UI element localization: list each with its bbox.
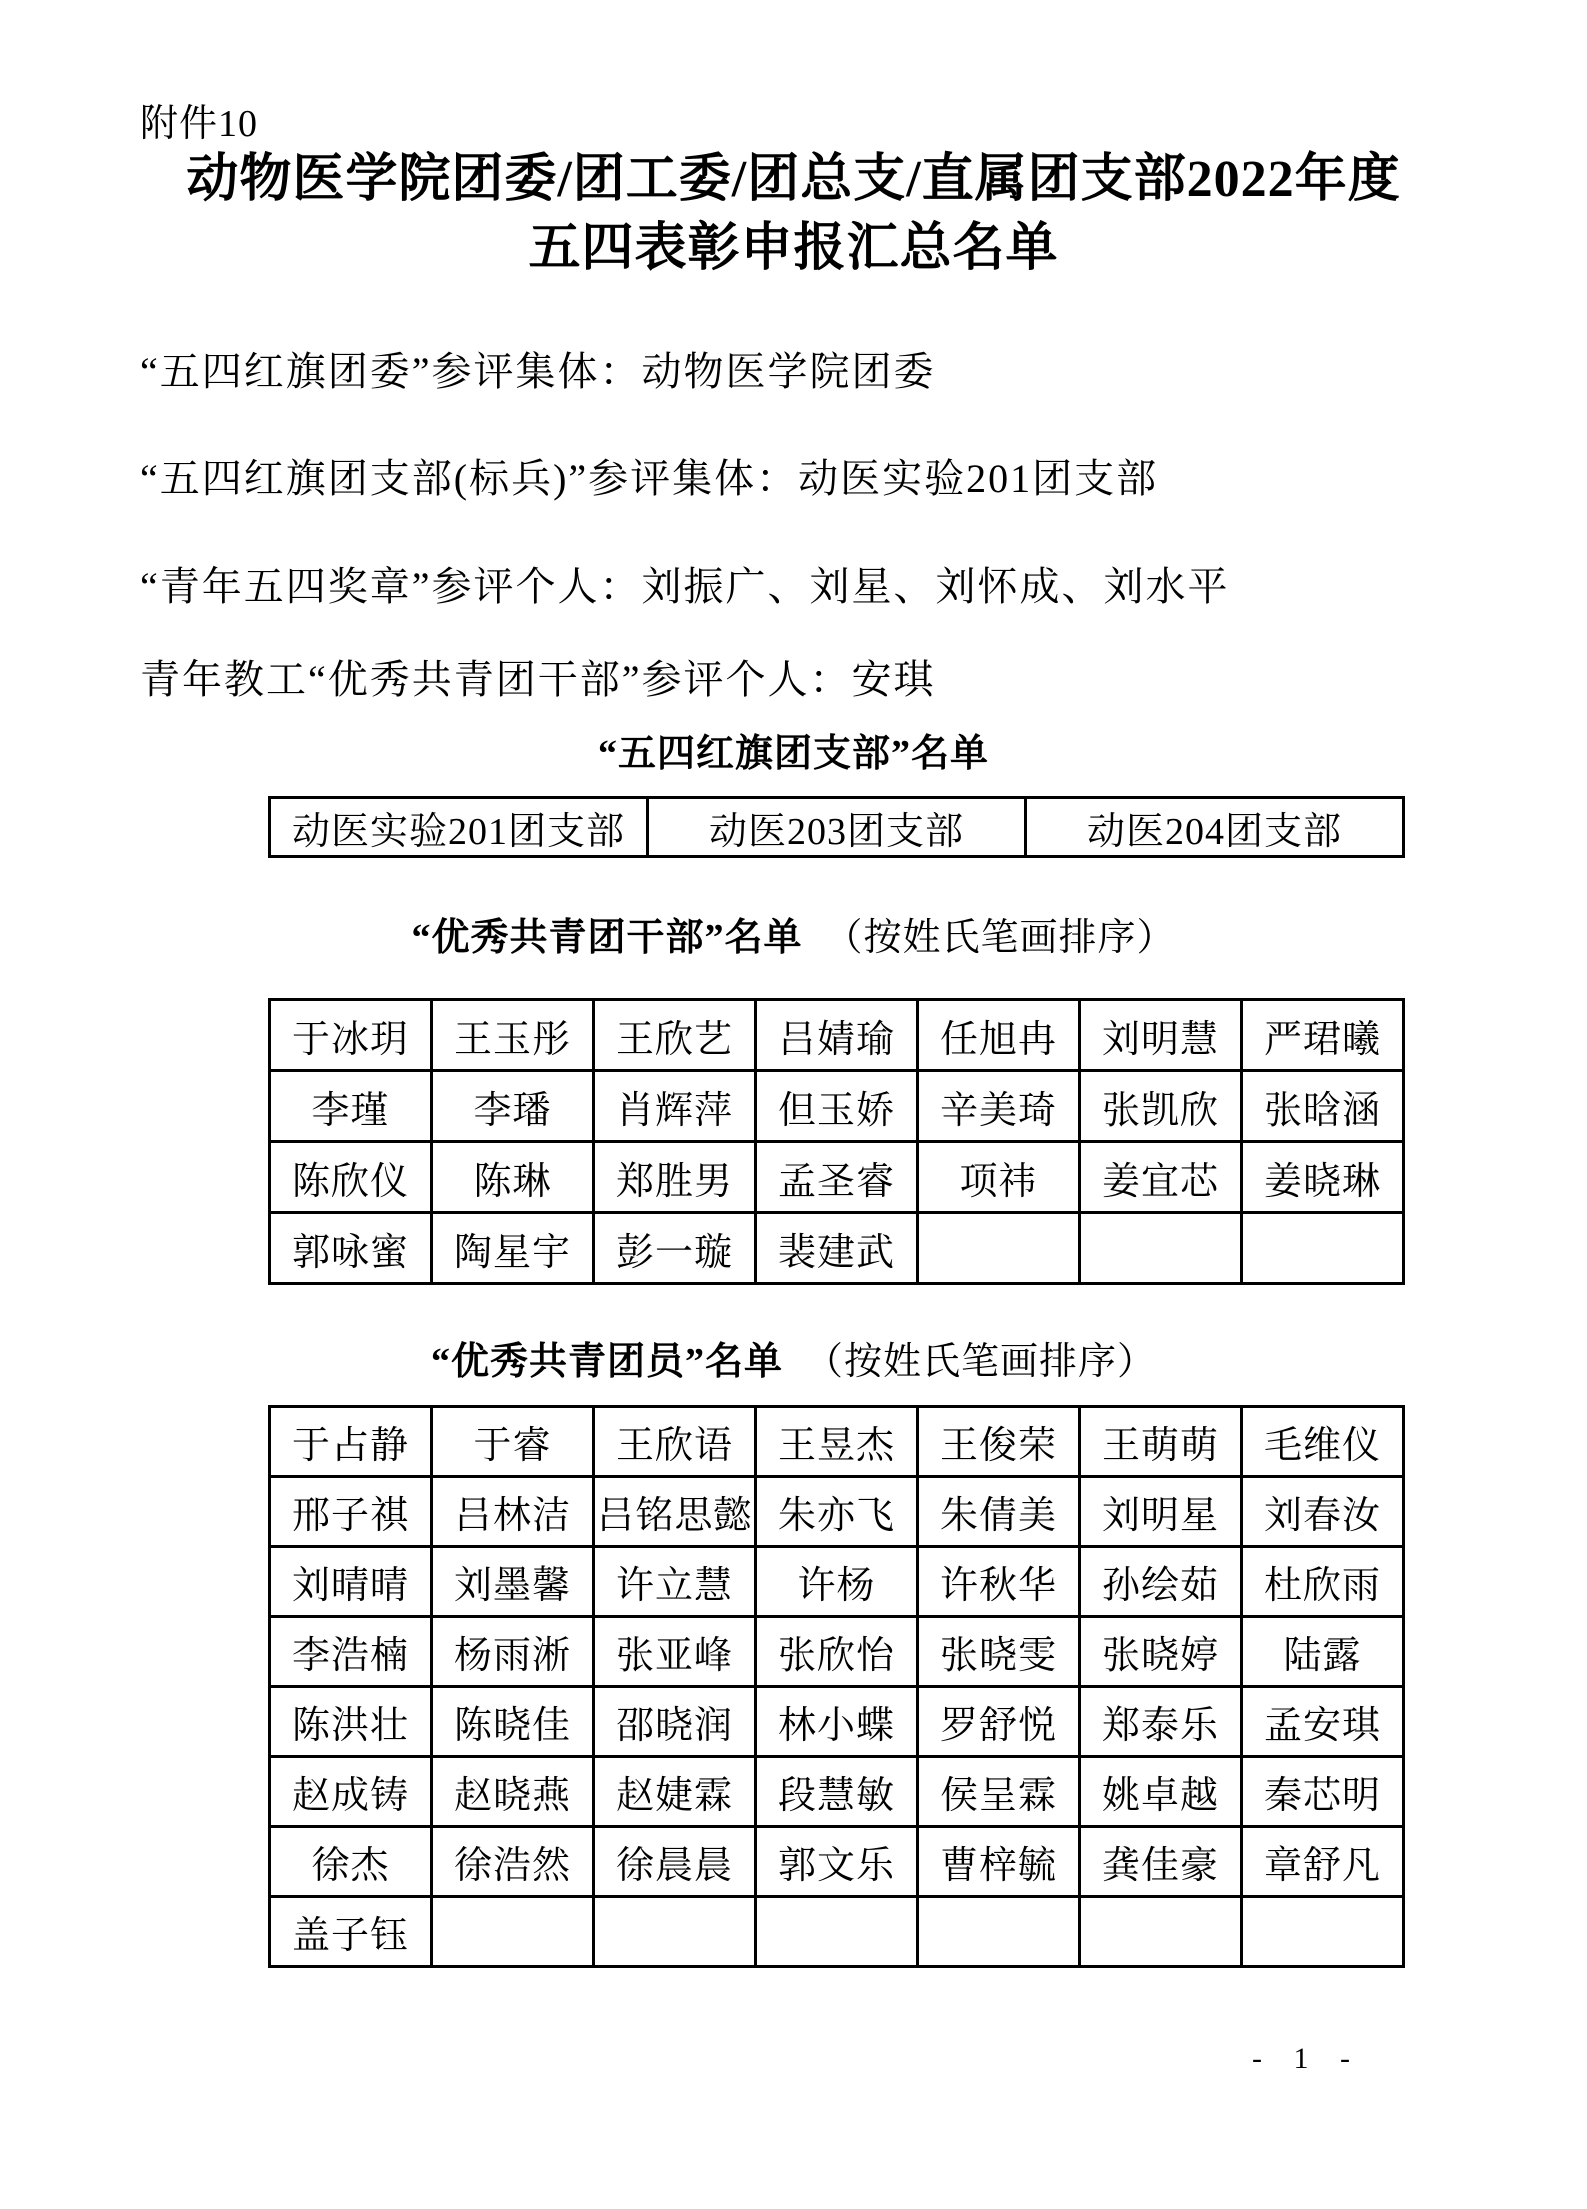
outstanding-cadres-table: 于冰玥王玉彤王欣艺吕婧瑜任旭冉刘明慧严珺曦李瑾李璠肖辉萍但玉娇辛美琦张凯欣张晗涵… (268, 998, 1405, 1285)
table-cell: 曹梓毓 (918, 1827, 1080, 1897)
table-cell: 刘晴晴 (270, 1547, 432, 1617)
table-cell: 邢子祺 (270, 1477, 432, 1547)
table-cell: 朱倩美 (918, 1477, 1080, 1547)
page-number: - 1 - (1252, 2042, 1362, 2076)
table-row: 刘晴晴刘墨馨许立慧许杨许秋华孙绘茹杜欣雨 (270, 1547, 1404, 1617)
table-cell: 章舒凡 (1242, 1827, 1404, 1897)
table-row: 徐杰徐浩然徐晨晨郭文乐曹梓毓龚佳豪章舒凡 (270, 1827, 1404, 1897)
table-cell: 王俊荣 (918, 1407, 1080, 1477)
red-flag-branch-table: 动医实验201团支部动医203团支部动医204团支部 (268, 796, 1405, 858)
table-cell: 王萌萌 (1080, 1407, 1242, 1477)
section-heading-outstanding-members: “优秀共青团员”名单（按姓氏笔画排序） (0, 1330, 1587, 1385)
table-cell: 许杨 (756, 1547, 918, 1617)
paragraph-youth-may-fourth-medal: “青年五四奖章”参评个人：刘振广、刘星、刘怀成、刘水平 (140, 555, 1230, 612)
table-cell: 罗舒悦 (918, 1687, 1080, 1757)
table-cell (1080, 1213, 1242, 1284)
table-cell: 郑泰乐 (1080, 1687, 1242, 1757)
table-cell: 杜欣雨 (1242, 1547, 1404, 1617)
table-cell: 孟安琪 (1242, 1687, 1404, 1757)
table-cell: 王昱杰 (756, 1407, 918, 1477)
table-cell: 赵晓燕 (432, 1757, 594, 1827)
table-cell: 徐浩然 (432, 1827, 594, 1897)
table-cell: 吕铭思懿 (594, 1477, 756, 1547)
table-cell: 刘春汝 (1242, 1477, 1404, 1547)
table-cell: 吕婧瑜 (756, 1000, 918, 1071)
table-cell: 朱亦飞 (756, 1477, 918, 1547)
table-cell: 但玉娇 (756, 1071, 918, 1142)
table-row: 郭咏蜜陶星宇彭一璇裴建武 (270, 1213, 1404, 1284)
table-cell: 张晓雯 (918, 1617, 1080, 1687)
table-cell: 李浩楠 (270, 1617, 432, 1687)
title-line-2: 五四表彰申报汇总名单 (0, 215, 1587, 284)
table-cell: 张欣怡 (756, 1617, 918, 1687)
outstanding-members-table-body: 于占静于睿王欣语王昱杰王俊荣王萌萌毛维仪邢子祺吕林洁吕铭思懿朱亦飞朱倩美刘明星刘… (270, 1407, 1404, 1967)
table-cell: 赵婕霖 (594, 1757, 756, 1827)
table-cell: 王玉彤 (432, 1000, 594, 1071)
table-cell: 张晓婷 (1080, 1617, 1242, 1687)
title-line-1: 动物医学院团委/团工委/团总支/直属团支部2022年度 (0, 146, 1587, 215)
section-heading-note: （按姓氏笔画排序） (825, 917, 1176, 959)
table-cell: 徐杰 (270, 1827, 432, 1897)
table-cell: 段慧敏 (756, 1757, 918, 1827)
section-heading-text: “优秀共青团干部”名单 (411, 917, 802, 959)
table-cell: 姚卓越 (1080, 1757, 1242, 1827)
table-row: 盖子钰 (270, 1897, 1404, 1967)
table-cell: 张亚峰 (594, 1617, 756, 1687)
document-title: 动物医学院团委/团工委/团总支/直属团支部2022年度 五四表彰申报汇总名单 (0, 146, 1587, 283)
outstanding-members-table: 于占静于睿王欣语王昱杰王俊荣王萌萌毛维仪邢子祺吕林洁吕铭思懿朱亦飞朱倩美刘明星刘… (268, 1405, 1405, 1968)
table-cell: 吕林洁 (432, 1477, 594, 1547)
table-cell: 陈晓佳 (432, 1687, 594, 1757)
table-cell (918, 1213, 1080, 1284)
paragraph-red-flag-branch-pacesetter: “五四红旗团支部(标兵)”参评集体：动医实验201团支部 (140, 447, 1158, 504)
table-cell (918, 1897, 1080, 1967)
table-row: 动医实验201团支部动医203团支部动医204团支部 (270, 798, 1404, 857)
table-row: 于占静于睿王欣语王昱杰王俊荣王萌萌毛维仪 (270, 1407, 1404, 1477)
table-cell (1242, 1213, 1404, 1284)
paragraph-young-staff-cadre: 青年教工“优秀共青团干部”参评个人：安琪 (140, 648, 936, 705)
table-cell: 姜晓琳 (1242, 1142, 1404, 1213)
table-cell: 龚佳豪 (1080, 1827, 1242, 1897)
table-cell: 辛美琦 (918, 1071, 1080, 1142)
table-cell: 彭一璇 (594, 1213, 756, 1284)
table-row: 赵成铸赵晓燕赵婕霖段慧敏侯呈霖姚卓越秦芯明 (270, 1757, 1404, 1827)
table-cell: 陈欣仪 (270, 1142, 432, 1213)
table-row: 陈欣仪陈琳郑胜男孟圣睿项祎姜宜芯姜晓琳 (270, 1142, 1404, 1213)
table-cell: 动医实验201团支部 (270, 798, 648, 857)
table-cell: 姜宜芯 (1080, 1142, 1242, 1213)
table-cell: 赵成铸 (270, 1757, 432, 1827)
section-heading-text: “五四红旗团支部”名单 (598, 733, 989, 775)
table-cell: 邵晓润 (594, 1687, 756, 1757)
table-cell: 陆露 (1242, 1617, 1404, 1687)
table-cell: 张凯欣 (1080, 1071, 1242, 1142)
table-cell: 杨雨淅 (432, 1617, 594, 1687)
paragraph-red-flag-committee: “五四红旗团委”参评集体：动物医学院团委 (140, 340, 936, 397)
red-flag-branch-table-body: 动医实验201团支部动医203团支部动医204团支部 (270, 798, 1404, 857)
table-cell: 孙绘茹 (1080, 1547, 1242, 1617)
table-row: 于冰玥王玉彤王欣艺吕婧瑜任旭冉刘明慧严珺曦 (270, 1000, 1404, 1071)
table-cell: 于占静 (270, 1407, 432, 1477)
table-cell (432, 1897, 594, 1967)
table-cell: 陈洪壮 (270, 1687, 432, 1757)
outstanding-cadres-table-body: 于冰玥王玉彤王欣艺吕婧瑜任旭冉刘明慧严珺曦李瑾李璠肖辉萍但玉娇辛美琦张凯欣张晗涵… (270, 1000, 1404, 1284)
table-cell: 项祎 (918, 1142, 1080, 1213)
table-cell (1080, 1897, 1242, 1967)
table-cell: 林小蝶 (756, 1687, 918, 1757)
table-cell: 于冰玥 (270, 1000, 432, 1071)
table-cell (594, 1897, 756, 1967)
page: 附件10 动物医学院团委/团工委/团总支/直属团支部2022年度 五四表彰申报汇… (0, 0, 1587, 2209)
table-cell: 刘明星 (1080, 1477, 1242, 1547)
table-cell: 陈琳 (432, 1142, 594, 1213)
table-cell: 肖辉萍 (594, 1071, 756, 1142)
table-cell: 盖子钰 (270, 1897, 432, 1967)
section-heading-text: “优秀共青团员”名单 (431, 1341, 783, 1383)
table-cell: 李璠 (432, 1071, 594, 1142)
table-cell: 郭咏蜜 (270, 1213, 432, 1284)
table-cell: 动医204团支部 (1026, 798, 1404, 857)
table-cell: 许立慧 (594, 1547, 756, 1617)
table-cell: 郭文乐 (756, 1827, 918, 1897)
table-cell: 王欣语 (594, 1407, 756, 1477)
attachment-label: 附件10 (140, 92, 258, 147)
table-cell (1242, 1897, 1404, 1967)
table-cell (756, 1897, 918, 1967)
table-cell: 刘明慧 (1080, 1000, 1242, 1071)
table-cell: 毛维仪 (1242, 1407, 1404, 1477)
table-cell: 任旭冉 (918, 1000, 1080, 1071)
table-cell: 郑胜男 (594, 1142, 756, 1213)
table-cell: 秦芯明 (1242, 1757, 1404, 1827)
table-cell: 王欣艺 (594, 1000, 756, 1071)
table-cell: 动医203团支部 (648, 798, 1026, 857)
section-heading-note: （按姓氏笔画排序） (805, 1341, 1156, 1383)
table-row: 李浩楠杨雨淅张亚峰张欣怡张晓雯张晓婷陆露 (270, 1617, 1404, 1687)
section-heading-outstanding-cadres: “优秀共青团干部”名单（按姓氏笔画排序） (0, 906, 1587, 961)
table-cell: 孟圣睿 (756, 1142, 918, 1213)
table-cell: 裴建武 (756, 1213, 918, 1284)
table-cell: 李瑾 (270, 1071, 432, 1142)
table-cell: 陶星宇 (432, 1213, 594, 1284)
table-cell: 张晗涵 (1242, 1071, 1404, 1142)
table-cell: 刘墨馨 (432, 1547, 594, 1617)
table-cell: 于睿 (432, 1407, 594, 1477)
section-heading-red-flag-branch: “五四红旗团支部”名单 (0, 722, 1587, 777)
table-row: 邢子祺吕林洁吕铭思懿朱亦飞朱倩美刘明星刘春汝 (270, 1477, 1404, 1547)
table-cell: 许秋华 (918, 1547, 1080, 1617)
table-cell: 侯呈霖 (918, 1757, 1080, 1827)
table-cell: 徐晨晨 (594, 1827, 756, 1897)
table-row: 陈洪壮陈晓佳邵晓润林小蝶罗舒悦郑泰乐孟安琪 (270, 1687, 1404, 1757)
table-cell: 严珺曦 (1242, 1000, 1404, 1071)
table-row: 李瑾李璠肖辉萍但玉娇辛美琦张凯欣张晗涵 (270, 1071, 1404, 1142)
